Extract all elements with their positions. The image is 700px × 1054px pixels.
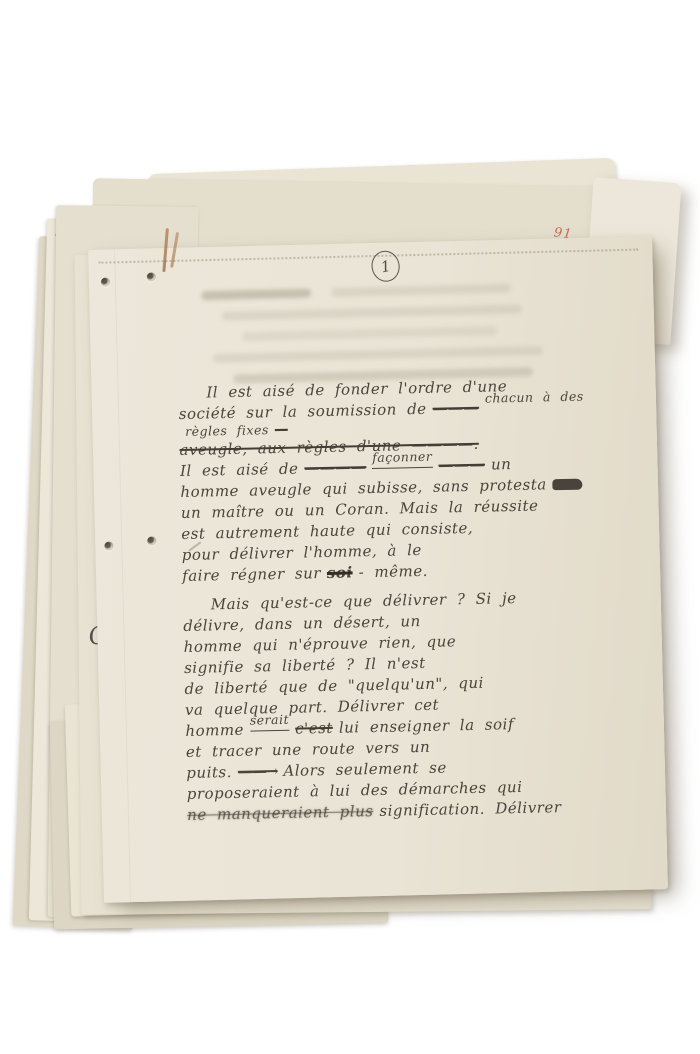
text-segment-n: - même. (358, 562, 428, 581)
punch-hole (104, 541, 113, 550)
punch-hole (147, 272, 156, 281)
punch-hole (101, 277, 110, 286)
text-segment-n: délivre, dans un désert, un (183, 612, 421, 635)
punch-hole (147, 536, 156, 545)
text-segment-s: — (275, 422, 288, 437)
page-number: 1 (379, 256, 392, 276)
text-segment-n: Il est aisé de (180, 460, 299, 480)
paragraph: Il est aisé de fonder l'ordre d'unesocié… (178, 374, 632, 587)
text-segment-n: un (491, 455, 512, 473)
text-segment-s: ———— (304, 458, 366, 477)
text-segment-s: ——— (432, 399, 479, 418)
manuscript-top-page: 1 91 Il est aisé de fonder l'ordre d'une… (88, 236, 668, 903)
text-segment-insU: façonner (372, 446, 433, 469)
ink-blot (553, 479, 583, 491)
text-segment-n: règles fixes (185, 422, 269, 439)
text-segment-ins: chacun à des (485, 386, 584, 409)
text-segment-insU: serait (250, 709, 290, 732)
red-corner-mark: 91 (553, 225, 573, 242)
text-segment-n: lui enseigner la soif (339, 715, 514, 737)
text-segment-n: puits. (186, 763, 232, 782)
text-segment-n: signifie sa liberté ? Il n'est (184, 654, 426, 677)
text-segment-n: et tracer une route vers un (186, 738, 431, 761)
paragraph: Mais qu'est-ce que délivrer ? Si jedéliv… (183, 586, 638, 826)
text-segment-n: Mais qu'est-ce que délivrer ? Si je (211, 589, 517, 613)
text-segment-bs: soi (327, 563, 353, 582)
text-segment-n: Alors seulement se (283, 759, 447, 780)
text-segment-arrow: ——→ (238, 762, 278, 781)
text-segment-n: signification. Délivrer (379, 798, 561, 820)
text-segment-s: c'est (295, 719, 333, 738)
perforation-dotted-edge (98, 249, 638, 264)
text-segment-n: est autrement haute qui consiste, (181, 519, 473, 543)
text-segment-n: homme (185, 721, 244, 740)
text-segment-n: société sur la soumission de (179, 400, 427, 423)
manuscript-photo: Cau 1 91 Il est aisé de fonder l'ordre d… (0, 0, 700, 1054)
text-segment-s: ——— (438, 456, 485, 475)
text-segment-n: pour délivrer l'homme, à le (182, 541, 422, 564)
manuscript-text: Il est aisé de fonder l'ordre d'unesocié… (178, 374, 637, 826)
text-segment-n: faire régner sur (182, 564, 321, 585)
text-segment-sm: ne manqueraient plus (187, 802, 374, 824)
